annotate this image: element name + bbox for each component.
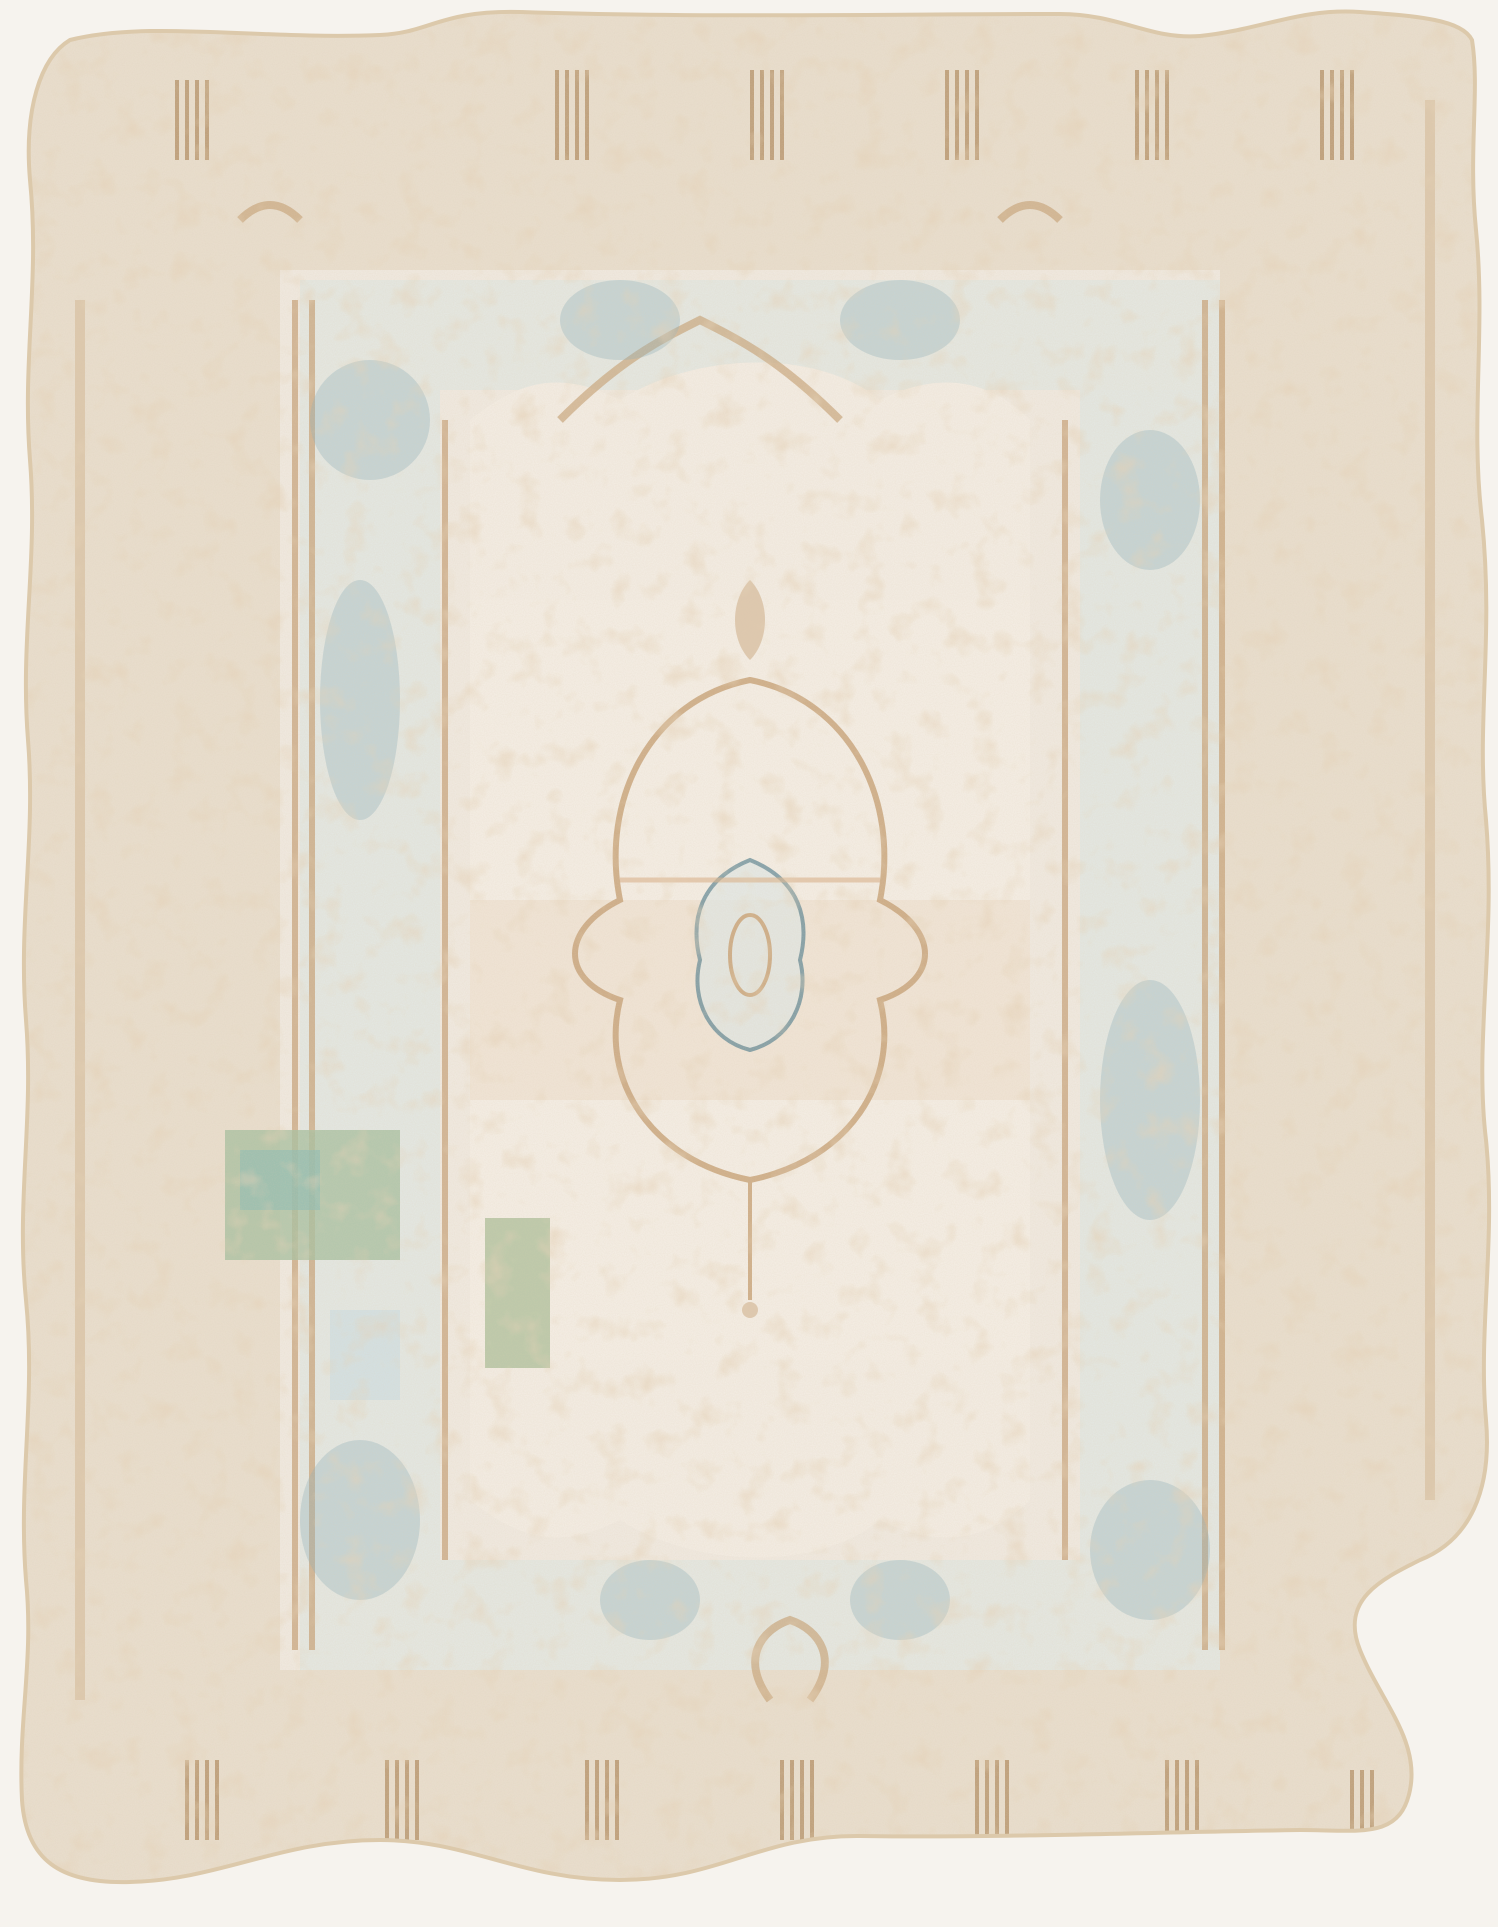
rug-image	[0, 0, 1498, 1927]
rug-body	[0, 0, 1498, 1927]
rug-photo-scene: Faded ivory rug with central medallion, …	[0, 0, 1498, 1927]
